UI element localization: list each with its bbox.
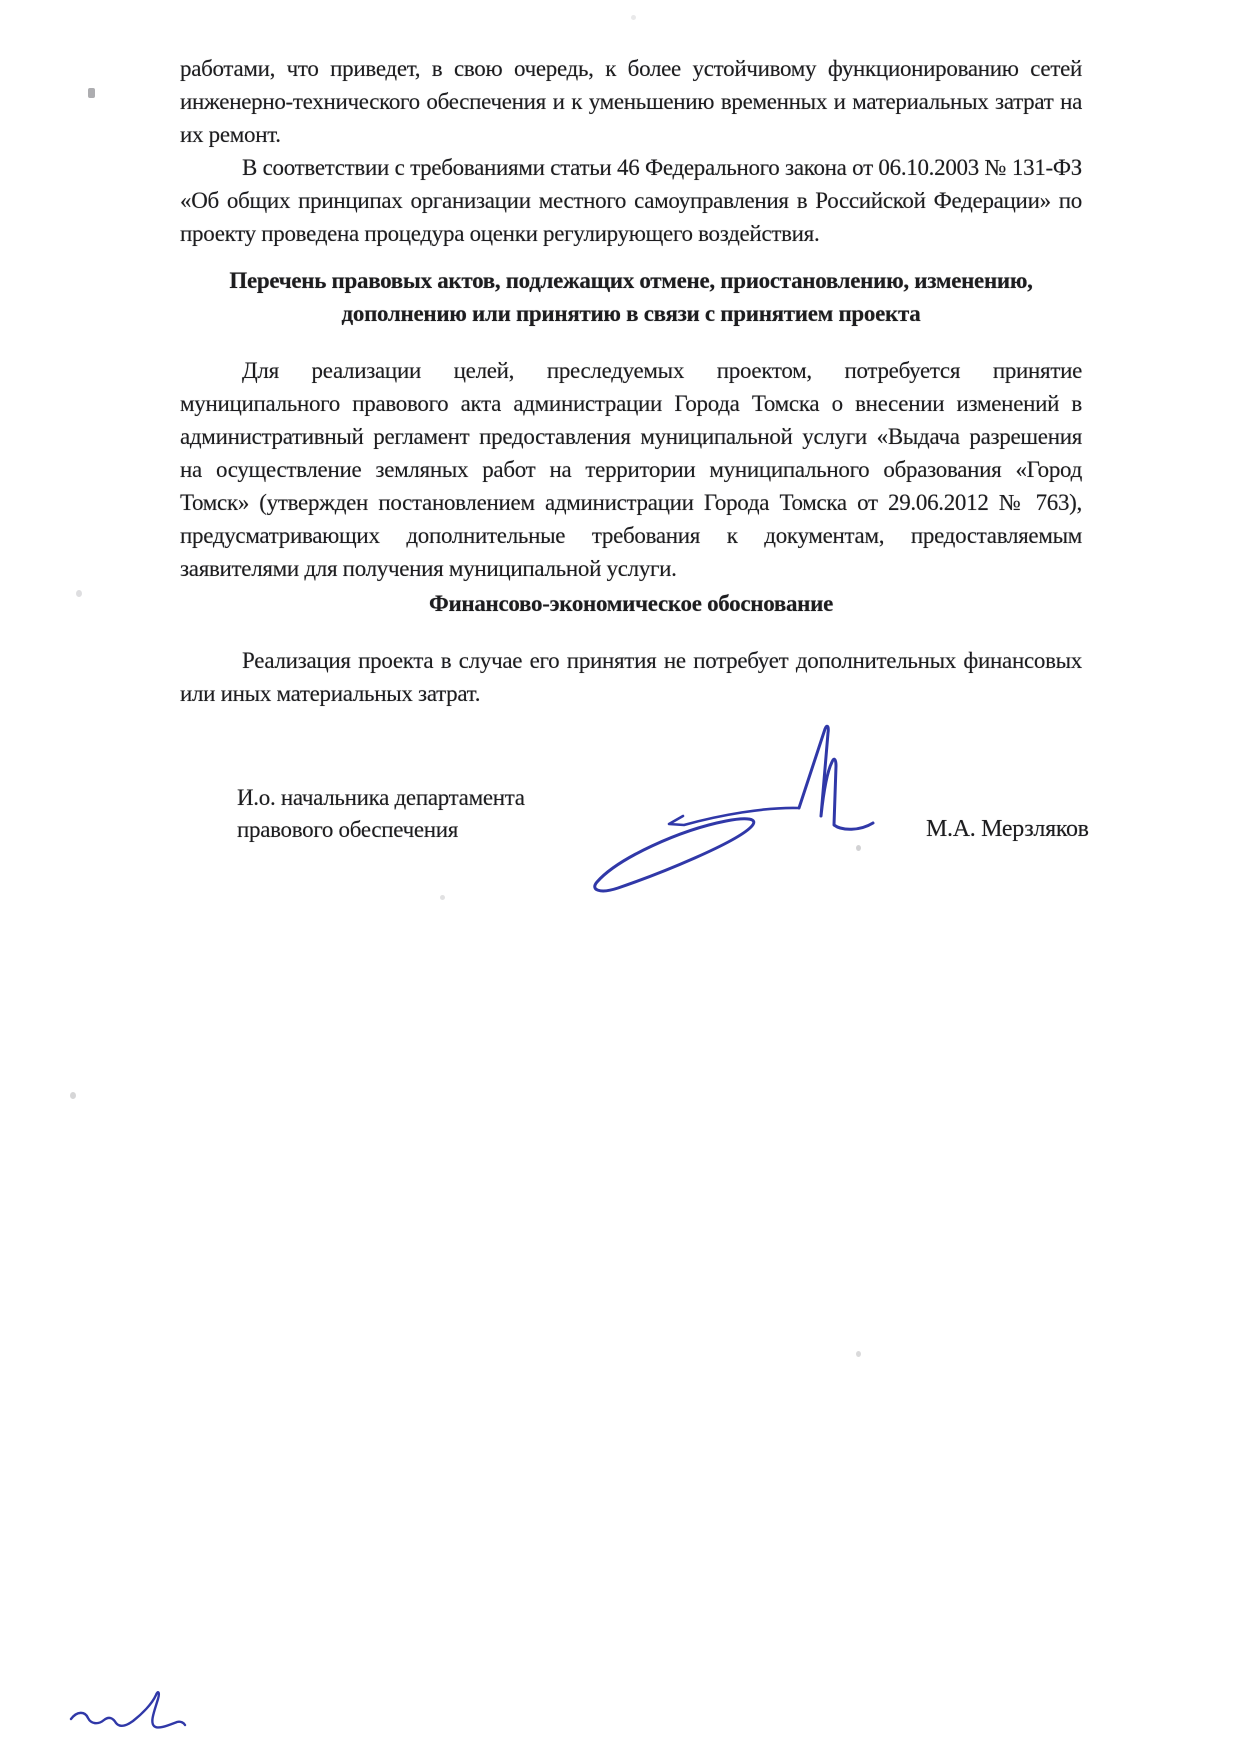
paragraph-repair-continuation: работами, что приведет, в свою очередь, … <box>180 52 1082 151</box>
signatory-position-line2: правового обеспечения <box>237 814 525 846</box>
scan-speck <box>631 15 636 20</box>
signatory-name: М.А. Мерзляков <box>926 813 1089 846</box>
scan-speck <box>856 1351 861 1357</box>
scanned-document-page: работами, что приведет, в свою очередь, … <box>0 0 1240 1753</box>
section-heading-finance: Финансово-экономическое обоснование <box>180 587 1082 620</box>
paragraph-legal-acts: Для реализации целей, преследуемых проек… <box>180 354 1082 585</box>
paragraph-federal-law: В соответствии с требованиями статьи 46 … <box>180 151 1082 250</box>
scan-speck <box>70 1092 76 1099</box>
handwritten-scribble-icon <box>55 1680 195 1740</box>
section-heading-legal-acts: Перечень правовых актов, подлежащих отме… <box>180 264 1082 330</box>
scan-speck <box>440 895 445 900</box>
scan-speck <box>88 88 95 98</box>
scan-speck <box>76 590 82 597</box>
document-body: работами, что приведет, в свою очередь, … <box>180 52 1082 710</box>
handwritten-signature-icon <box>530 690 930 910</box>
signatory-position-line1: И.о. начальника департамента <box>237 782 525 814</box>
scan-speck <box>856 845 861 851</box>
signatory-position: И.о. начальника департамента правового о… <box>237 782 525 846</box>
